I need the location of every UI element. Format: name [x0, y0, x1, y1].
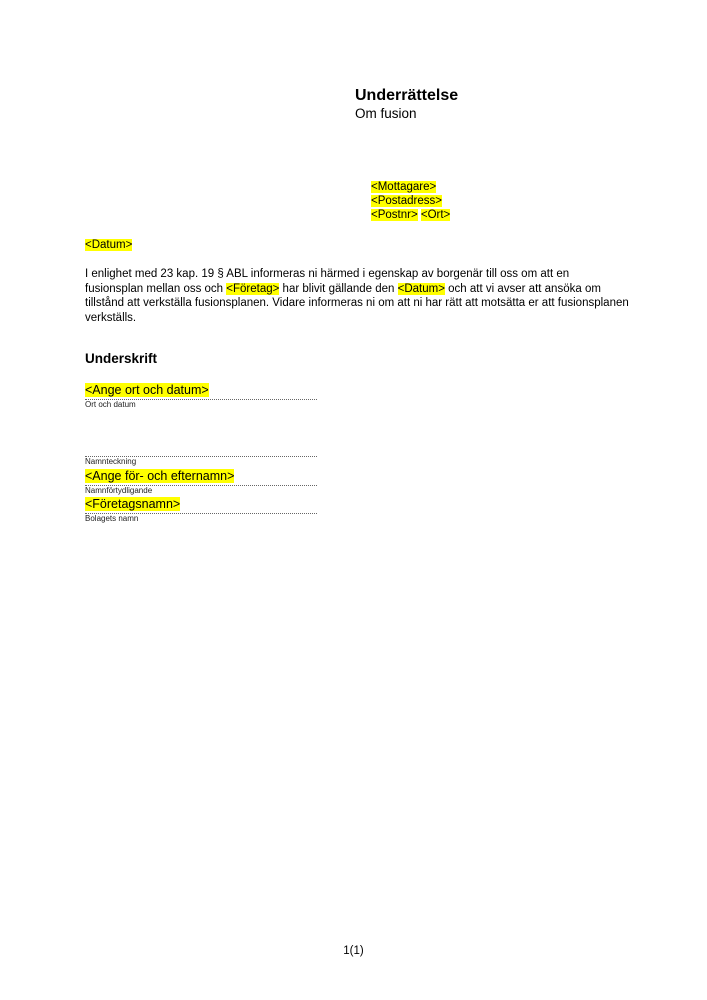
signature-field-company-name: <Företagsnamn> Bolagets namn [85, 497, 317, 524]
company-field[interactable]: <Företag> [226, 283, 279, 295]
signature-area[interactable] [85, 440, 317, 455]
recipient-postal-address-field[interactable]: <Postadress> [371, 195, 442, 207]
recipient-address-block: <Mottagare> <Postadress> <Postnr> <Ort> [371, 180, 450, 222]
signature-field-printed-name: <Ange för- och efternamn> Namnförtydliga… [85, 469, 317, 496]
recipient-postal-code-field[interactable]: <Postnr> [371, 209, 418, 221]
place-date-label: Ort och datum [85, 400, 317, 410]
document-title: Underrättelse [355, 86, 458, 106]
printed-name-field[interactable]: <Ange för- och efternamn> [85, 469, 234, 483]
company-name-field[interactable]: <Företagsnamn> [85, 497, 180, 511]
date-field[interactable]: <Datum> [85, 239, 132, 251]
signature-field-place-date: <Ange ort och datum> Ort och datum [85, 383, 317, 410]
body-text-part2: har blivit gällande den [279, 283, 397, 295]
signature-label: Namnteckning [85, 457, 317, 467]
place-date-field[interactable]: <Ange ort och datum> [85, 383, 209, 397]
page-number: 1(1) [0, 944, 707, 958]
recipient-city-field[interactable]: <Ort> [421, 209, 450, 221]
company-name-label: Bolagets namn [85, 514, 317, 524]
date-line: <Datum> [85, 238, 132, 252]
body-date-field[interactable]: <Datum> [398, 283, 445, 295]
body-paragraph: I enlighet med 23 kap. 19 § ABL informer… [85, 267, 630, 325]
signature-heading: Underskrift [85, 350, 157, 367]
printed-name-label: Namnförtydligande [85, 486, 317, 496]
recipient-name-field[interactable]: <Mottagare> [371, 181, 436, 193]
signature-field-signature: Namnteckning [85, 440, 317, 467]
document-subtitle: Om fusion [355, 105, 417, 122]
